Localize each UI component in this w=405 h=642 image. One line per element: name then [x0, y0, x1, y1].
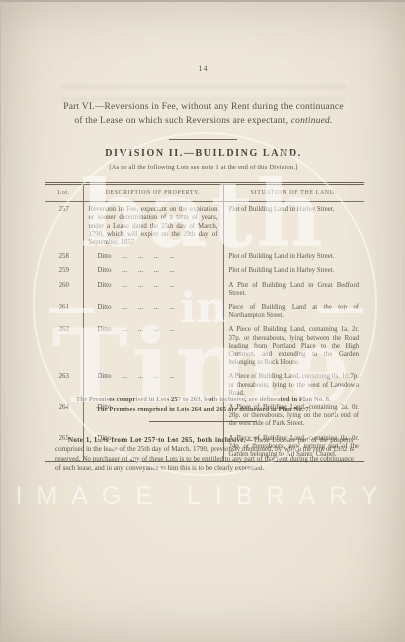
lot-description: Ditto ... ... ... ... [83, 278, 223, 300]
lot-number: 259 [45, 263, 83, 277]
lot-situation: Plot of Building Land in Harley Street. [223, 249, 364, 263]
lot-situation: A Piece of Building Land, containing 1a.… [223, 322, 364, 369]
lot-description: Ditto ... ... ... ... [83, 300, 223, 322]
division-bracket-note: [As to all the following Lots see note 1… [1, 164, 405, 171]
lot-description: Ditto ... ... ... ... [83, 322, 223, 369]
part-heading-line1: Part VI.—Reversions in Fee, without any … [63, 102, 344, 112]
lot-number: 262 [45, 322, 83, 369]
lot-number: 260 [45, 278, 83, 300]
table-header-row: Lot. DESCRIPTION OF PROPERTY. SITUATION … [45, 184, 364, 202]
lot-description: Reversion in Fee, expectant on the expir… [83, 202, 223, 250]
table-row: 262 Ditto ... ... ... ... A Piece of Bui… [45, 322, 364, 369]
lot-situation: Piece of Building Land at the top of Nor… [223, 300, 364, 322]
divider-rule [149, 421, 257, 422]
lot-situation: A Plot of Building Land in Great Bedford… [223, 278, 364, 300]
table-row: 261 Ditto ... ... ... ... Piece of Build… [45, 300, 364, 322]
part-heading-continued: continued. [291, 116, 333, 126]
lot-description: Ditto ... ... ... ... [83, 249, 223, 263]
watermark-image-library-banner: IMAGE LIBRARY [1, 482, 405, 511]
premises-note-plan6: The Premises comprised in Lots 257 to 26… [1, 395, 405, 405]
column-header-description: DESCRIPTION OF PROPERTY. [83, 184, 223, 202]
table-row: 260 Ditto ... ... ... ... A Plot of Buil… [45, 278, 364, 300]
table-row: 257 Reversion in Fee, expectant on the e… [45, 202, 364, 250]
division-title: DIVISION II.—BUILDING LAND. [1, 148, 405, 159]
note-paragraph: Note 1, Lots from Lot 257 to Lot 265, bo… [55, 436, 354, 473]
column-header-lot: Lot. [45, 184, 83, 202]
part-heading-line2: of the Lease on which such Reversions ar… [74, 116, 290, 126]
lot-description: Ditto ... ... ... ... [83, 263, 223, 277]
table-row: 259 Ditto ... ... ... ... Plot of Buildi… [45, 263, 364, 277]
scanned-catalogue-page: 14 Part VI.—Reversions in Fee, without a… [0, 0, 405, 642]
premises-notes: The Premises comprised in Lots 257 to 26… [1, 395, 405, 414]
column-header-situation: SITUATION OF THE LAND. [223, 184, 364, 202]
note-lead: Note 1, Lots from Lot 257 to Lot 265, bo… [68, 436, 253, 444]
premises-note-plan7: The Premises comprised in Lots 264 and 2… [1, 405, 405, 415]
lot-number: 257 [45, 202, 83, 250]
table-row: 258 Ditto ... ... ... ... Plot of Buildi… [45, 249, 364, 263]
lot-number: 258 [45, 249, 83, 263]
lot-situation: Plot of Building Land in Harley Street. [223, 263, 364, 277]
part-heading: Part VI.—Reversions in Fee, without any … [1, 101, 405, 128]
lot-situation: Plot of Building Land in Harley Street. [223, 202, 364, 250]
page-number: 14 [1, 64, 405, 73]
lot-number: 261 [45, 300, 83, 322]
divider-rule [169, 139, 237, 140]
